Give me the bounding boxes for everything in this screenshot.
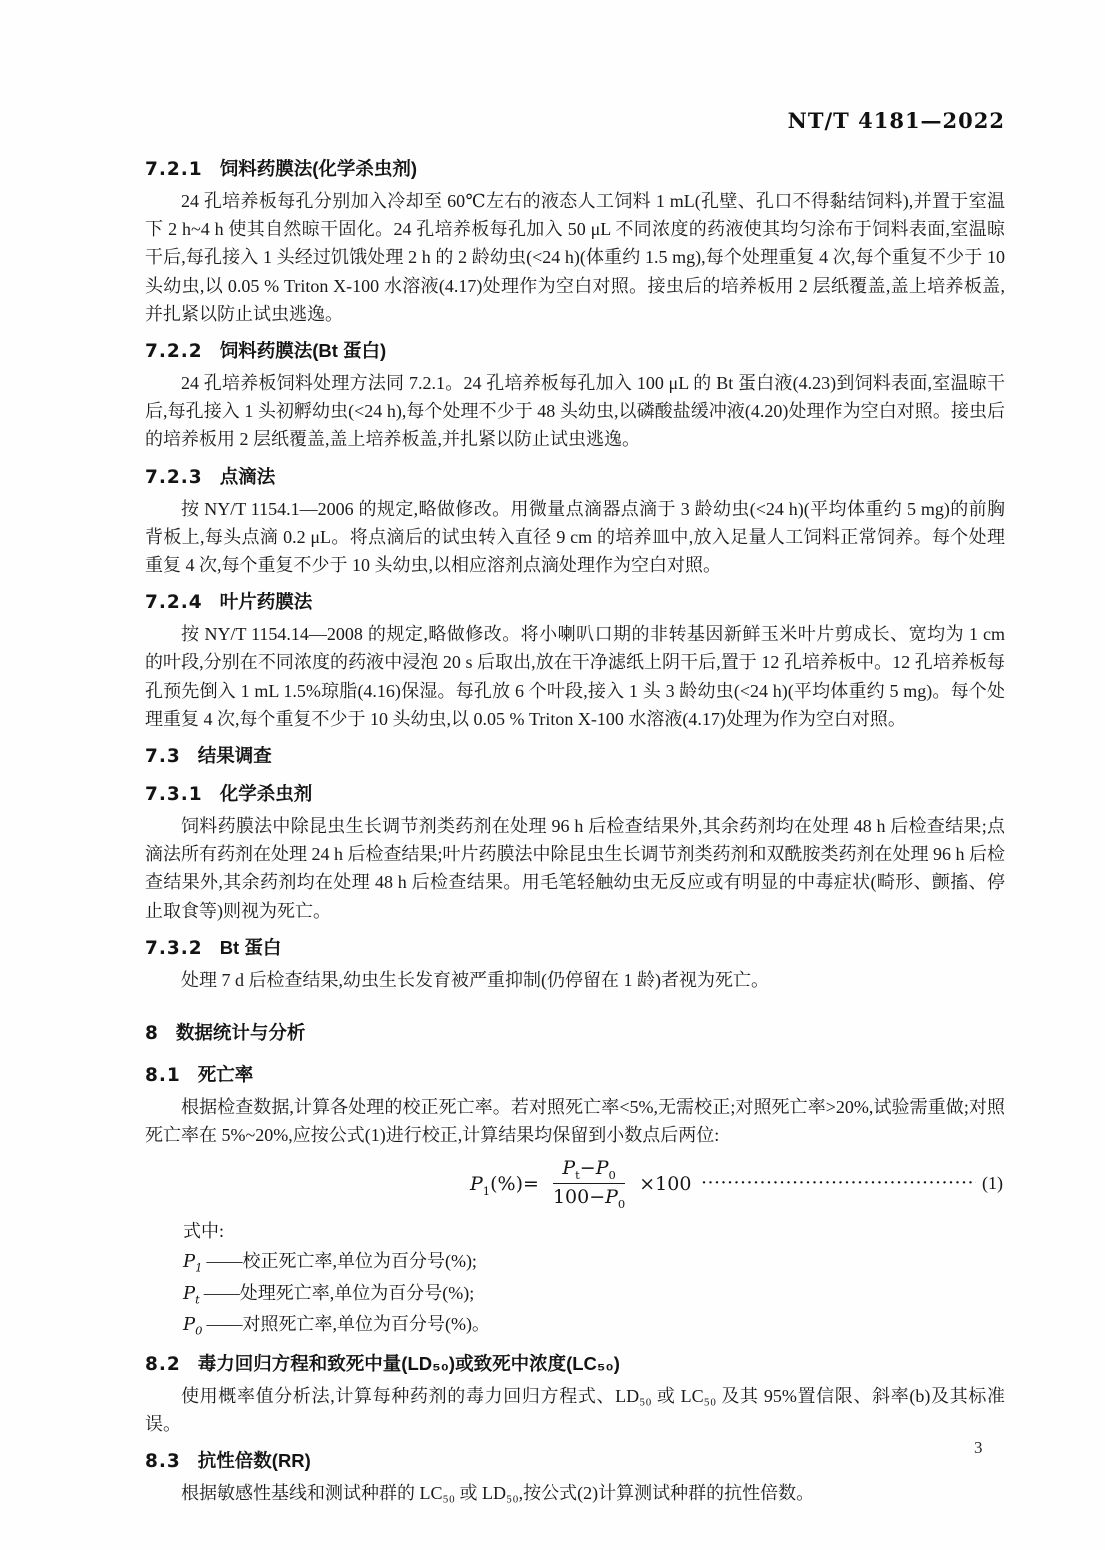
paragraph-7-2-1: 24 孔培养板每孔分别加入冷却至 60℃左右的液态人工饲料 1 mL(孔壁、孔口… [145, 187, 1005, 328]
section-number: 7.3 [145, 743, 181, 771]
section-title: 饲料药膜法(化学杀虫剂) [220, 158, 417, 179]
chapter-heading-8: 8数据统计与分析 [145, 1019, 1005, 1048]
equation-expression: P1(%)=Pt−P0100−P0×100 [470, 1158, 691, 1209]
paragraph-8-1: 根据检查数据,计算各处理的校正死亡率。若对照死亡率<5%,无需校正;对照死亡率>… [145, 1093, 1005, 1149]
chapter-number: 8 [145, 1020, 159, 1048]
section-heading-8-3: 8.3抗性倍数(RR) [145, 1447, 1005, 1476]
section-title: 抗性倍数(RR) [198, 1450, 311, 1471]
paragraph-7-3-1: 饲料药膜法中除昆虫生长调节剂类药剂在处理 96 h 后检查结果外,其余药剂均在处… [145, 812, 1005, 925]
equation-lhs: P1(%)= [470, 1173, 539, 1195]
section-number: 8.1 [145, 1062, 181, 1090]
fraction: Pt−P0100−P0 [544, 1158, 634, 1209]
section-heading-7-2-2: 7.2.2饲料药膜法(Bt 蛋白) [145, 337, 1005, 366]
section-heading-7-2-1: 7.2.1饲料药膜法(化学杀虫剂) [145, 155, 1005, 184]
section-title: 死亡率 [198, 1064, 254, 1085]
section-number: 8.3 [145, 1448, 181, 1476]
fraction-numerator: Pt−P0 [553, 1158, 624, 1184]
document-page: NT/T 4181—2022 7.2.1饲料药膜法(化学杀虫剂) 24 孔培养板… [0, 0, 1105, 1550]
section-number: 8.2 [145, 1351, 181, 1379]
section-title: 结果调查 [198, 745, 272, 766]
section-heading-7-2-4: 7.2.4叶片药膜法 [145, 588, 1005, 617]
term-symbol: P0 [183, 1314, 202, 1335]
term-description: ——对照死亡率,单位为百分号(%)。 [206, 1314, 489, 1334]
term-symbol: Pt [183, 1283, 200, 1304]
section-heading-7-3-2: 7.3.2Bt 蛋白 [145, 934, 1005, 963]
section-heading-7-3-1: 7.3.1化学杀虫剂 [145, 780, 1005, 809]
where-term-p1: P1——校正死亡率,单位为百分号(%); [183, 1246, 1005, 1278]
section-number: 7.3.2 [145, 935, 203, 963]
section-heading-8-2: 8.2毒力回归方程和致死中量(LD₅₀)或致死中浓度(LC₅₀) [145, 1350, 1005, 1379]
where-term-p0: P0——对照死亡率,单位为百分号(%)。 [183, 1309, 1005, 1341]
term-description: ——处理死亡率,单位为百分号(%); [204, 1283, 474, 1303]
equation-multiplier: ×100 [639, 1173, 691, 1195]
paragraph-8-3: 根据敏感性基线和测试种群的 LC₅₀ 或 LD₅₀,按公式(2)计算测试种群的抗… [145, 1479, 1005, 1507]
where-label: 式中: [183, 1216, 1005, 1246]
section-title: 饲料药膜法(Bt 蛋白) [220, 340, 386, 361]
section-title: 点滴法 [220, 466, 276, 487]
page-number: 3 [974, 1438, 983, 1458]
paragraph-7-2-3: 按 NY/T 1154.1—2006 的规定,略做修改。用微量点滴器点滴于 3 … [145, 495, 1005, 580]
section-title: 化学杀虫剂 [220, 783, 313, 804]
fraction-denominator: 100−P0 [544, 1184, 634, 1209]
equation-1: P1(%)=Pt−P0100−P0×100 ··················… [145, 1158, 1005, 1209]
section-number: 7.2.2 [145, 338, 203, 366]
section-number: 7.2.4 [145, 589, 203, 617]
section-number: 7.2.3 [145, 464, 203, 492]
term-description: ——校正死亡率,单位为百分号(%); [206, 1251, 476, 1271]
paragraph-7-2-4: 按 NY/T 1154.14—2008 的规定,略做修改。将小喇叭口期的非转基因… [145, 620, 1005, 733]
section-heading-8-1: 8.1死亡率 [145, 1061, 1005, 1090]
paragraph-8-2: 使用概率值分析法,计算每种药剂的毒力回归方程式、LD₅₀ 或 LC₅₀ 及其 9… [145, 1382, 1005, 1438]
paragraph-7-2-2: 24 孔培养板饲料处理方法同 7.2.1。24 孔培养板每孔加入 100 μL … [145, 369, 1005, 454]
section-title: Bt 蛋白 [220, 937, 282, 958]
section-number: 7.2.1 [145, 156, 203, 184]
section-heading-7-3: 7.3结果调查 [145, 742, 1005, 771]
section-heading-7-2-3: 7.2.3点滴法 [145, 463, 1005, 492]
equation-number: (1) [982, 1173, 1005, 1194]
section-number: 7.3.1 [145, 781, 203, 809]
doc-code-header: NT/T 4181—2022 [145, 108, 1005, 133]
where-term-pt: Pt——处理死亡率,单位为百分号(%); [183, 1278, 1005, 1310]
dot-leader: ········································… [701, 1175, 976, 1192]
chapter-title: 数据统计与分析 [176, 1022, 306, 1043]
paragraph-7-3-2: 处理 7 d 后检查结果,幼虫生长发育被严重抑制(仍停留在 1 龄)者视为死亡。 [145, 966, 1005, 994]
term-symbol: P1 [183, 1251, 202, 1272]
section-title: 叶片药膜法 [220, 591, 313, 612]
section-title: 毒力回归方程和致死中量(LD₅₀)或致死中浓度(LC₅₀) [198, 1353, 620, 1374]
